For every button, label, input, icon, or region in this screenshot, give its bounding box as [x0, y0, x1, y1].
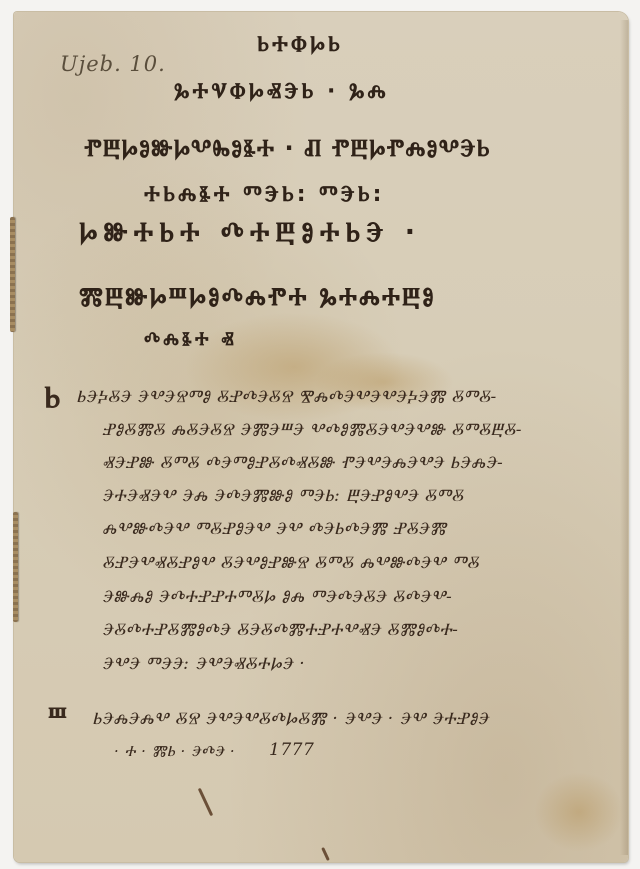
heading-line-6: ⰏⰁⰖⰘⰞⰘⰑⰄⰎⰒⰀ ⰃⰀⰎⰀⰁⰑ [79, 282, 436, 312]
heading-line-3: ⰒⰁⰘⰑⰖⰘⰂⰈⰑⰫⰀ · Ⱊ ⰒⰁⰘⰒⰎⰑⰂⰅⰓ [84, 134, 491, 162]
heading-line-2: ⰃⰀⰜⰗⰘⰟⰅⰓ · ⰃⰎ [174, 79, 389, 104]
ink-scratch [321, 847, 330, 861]
binding-thread-bottom [13, 512, 18, 622]
body-line-1: ⰓⰅⰍⰋⰅ ⰅⰂⰅⰔⰕⰑ ⰋⰐⰄⰅⰋⰔ ⰊⰎⰄⰅⰂⰅⰂⰅⰍⰅⰏ ⰋⰕⰋ- [76, 387, 497, 407]
body-line-4: ⰅⰀⰅⰟⰅⰂ ⰅⰎ ⰅⰄⰅⰏⰖⰑ ⰕⰅⰓ: ⰁⰅⰐⰑⰂⰅ ⰋⰕⰋ [102, 486, 464, 506]
manuscript-page: Ujeb. 10. ⰓⰀⰗⰘⰓ ⰃⰀⰜⰗⰘⰟⰅⰓ · ⰃⰎ ⰒⰁⰘⰑⰖⰘⰂⰈⰑⰫ… [14, 12, 628, 862]
binding-thread-top [10, 217, 15, 332]
heading-line-5: ⰘⰖⰀⰓⰀ ⰄⰀⰁⰑⰀⰓⰅ · [79, 217, 421, 249]
heading-line-1: ⰓⰀⰗⰘⰓ [257, 32, 343, 57]
body-line-3: ⰟⰅⰐⰖ ⰋⰕⰋ ⰄⰅⰕⰑⰐⰋⰄⰟⰋⰖ ⰒⰅⰂⰅⰎⰅⰂⰅ ⰓⰅⰎⰅ- [102, 453, 503, 473]
body-line-8: ⰅⰋⰄⰀⰐⰋⰏⰑⰄⰅ ⰋⰅⰋⰄⰏⰀⰐⰀⰂⰟⰅ ⰋⰏⰑⰄⰀ- [102, 620, 458, 640]
body-line-6: ⰋⰐⰅⰂⰟⰋⰐⰑⰂ ⰋⰅⰂⰑⰐⰖⰔ ⰋⰕⰋ ⰎⰂⰖⰄⰅⰂ ⰕⰋ [102, 553, 479, 573]
initial-letter: Ⱃ [44, 380, 60, 415]
shelfmark-annotation: Ujeb. 10. [60, 52, 166, 76]
date: 1777 [269, 740, 314, 760]
closing-initial: Ⱎ [48, 702, 67, 733]
ink-scratch [198, 788, 213, 816]
closing-line-1: ⰓⰅⰎⰅⰎⰂ ⰋⰔ ⰅⰂⰅⰂⰋⰄⰘⰋⰏ · ⰅⰂⰅ · ⰅⰂ ⰅⰀⰐⰑⰅ [92, 709, 489, 729]
heading-line-7: ⰄⰎⰫⰀ Ⱏ [144, 328, 237, 350]
body-line-5: ⰎⰂⰖⰄⰅⰂ ⰕⰋⰐⰑⰅⰂ ⰅⰂ ⰄⰅⰓⰄⰅⰏ ⰐⰋⰅⰏ [102, 519, 446, 539]
closing-line-2: · Ⰰ · ⰏⰓ · ⰅⰄⰅ · [114, 742, 235, 760]
heading-line-4: ⰀⰓⰎⰫⰀ ⰕⰅⰓ: ⰕⰅⰓ: [144, 182, 384, 207]
water-stain [534, 772, 624, 852]
body-line-9: ⰅⰂⰅ ⰕⰅⰅ: ⰅⰂⰅⰟⰋⰀⰘⰅ · [102, 654, 305, 674]
body-line-2: ⰐⰑⰋⰏⰋ ⰎⰋⰅⰋⰔ ⰅⰏⰅⰞⰅ ⰂⰄⰑⰏⰋⰅⰂⰅⰂⰖ ⰋⰕⰋⰁⰋ- [102, 420, 522, 440]
body-line-7: ⰅⰖⰎⰑ ⰅⰄⰀⰐⰐⰀⰕⰋⰘ ⰑⰎ ⰕⰅⰄⰅⰋⰅ ⰋⰄⰅⰂ- [102, 587, 452, 607]
